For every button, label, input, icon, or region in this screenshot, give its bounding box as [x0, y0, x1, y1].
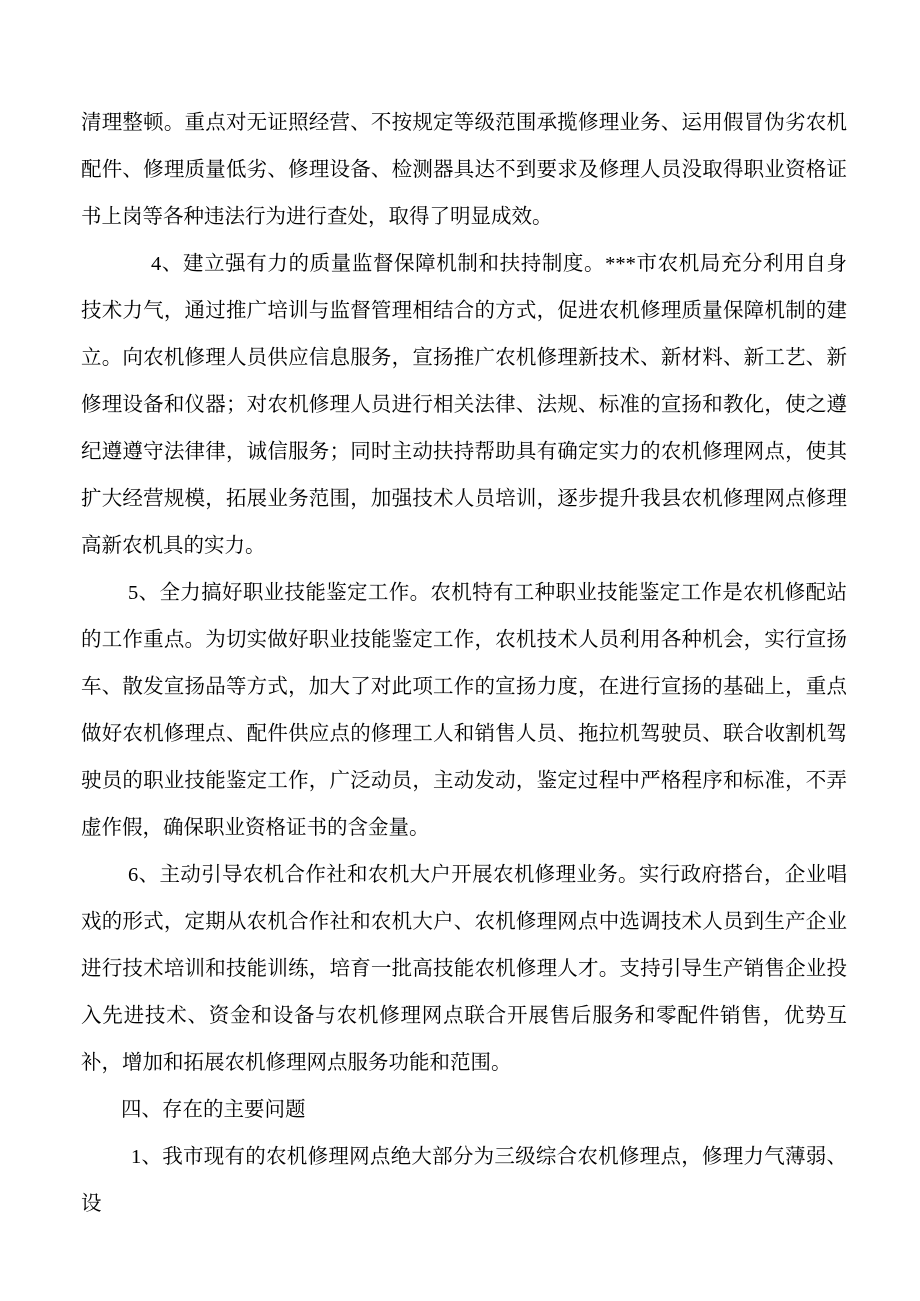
document-body: 清理整顿。重点对无证照经营、不按规定等级范围承揽修理业务、运用假冒伪劣农机配件、…	[81, 100, 847, 1228]
document-page: 清理整顿。重点对无证照经营、不按规定等级范围承揽修理业务、运用假冒伪劣农机配件、…	[0, 0, 920, 1301]
paragraph-item-6: 6、主动引导农机合作社和农机大户开展农机修理业务。实行政府搭台，企业唱戏的形式，…	[81, 852, 847, 1087]
paragraph-continuation: 清理整顿。重点对无证照经营、不按规定等级范围承揽修理业务、运用假冒伪劣农机配件、…	[81, 100, 847, 241]
paragraph-item-1: 1、我市现有的农机修理网点绝大部分为三级综合农机修理点，修理力气薄弱、设	[81, 1134, 847, 1228]
section-heading-4: 四、存在的主要问题	[81, 1087, 847, 1134]
paragraph-item-4: 4、建立强有力的质量监督保障机制和扶持制度。***市农机局充分利用自身技术力气，…	[81, 241, 847, 570]
paragraph-item-5: 5、全力搞好职业技能鉴定工作。农机特有工种职业技能鉴定工作是农机修配站的工作重点…	[81, 570, 847, 852]
